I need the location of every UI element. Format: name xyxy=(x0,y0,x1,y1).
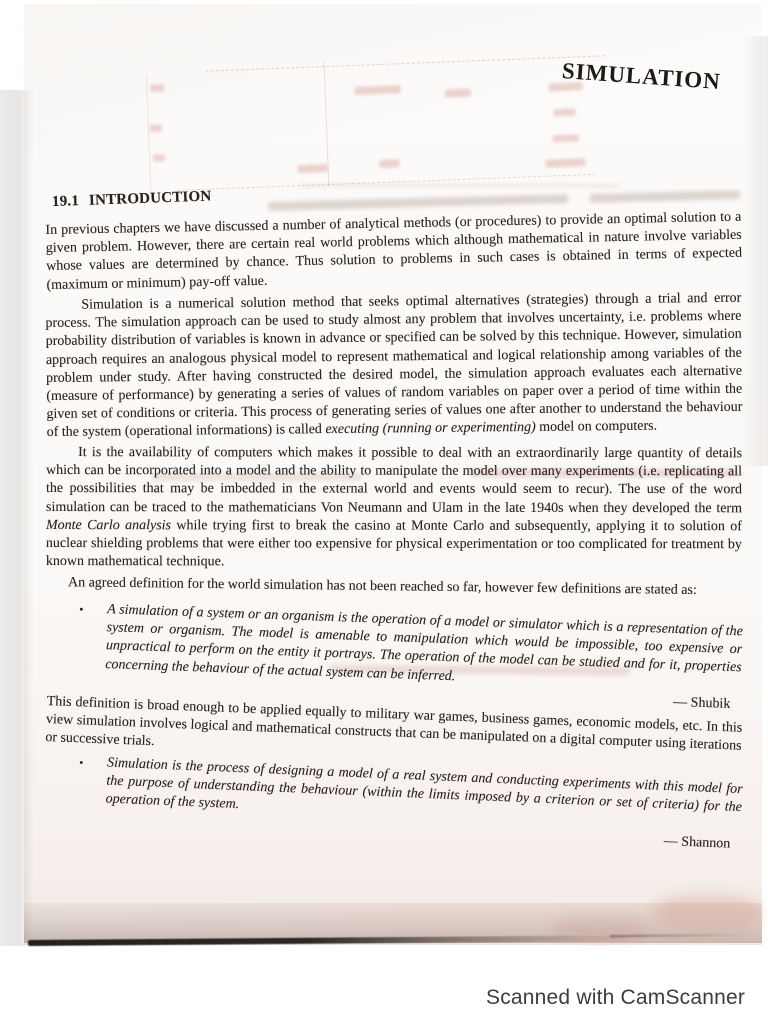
section-heading-label: INTRODUCTION xyxy=(89,188,212,208)
scan-artifact xyxy=(655,896,760,930)
italic-term-monte-carlo: Monte Carlo analysis xyxy=(46,518,171,533)
text-run: model on computers. xyxy=(536,419,657,435)
paragraph-computers-availability: It is the availability of computers whic… xyxy=(46,444,742,573)
paragraph-agreed-definition: An agreed definition for the world simul… xyxy=(46,574,742,601)
bullet-text-shubik: A simulation of a system or an organism … xyxy=(105,602,743,684)
section-number: 19.1 xyxy=(52,193,80,210)
body-text: In previous chapters we have discussed a… xyxy=(46,222,742,825)
text-run: It is the availability of computers whic… xyxy=(46,445,742,516)
bleed-smudge xyxy=(300,184,620,187)
camscanner-watermark: Scanned with CamScanner xyxy=(486,986,745,1010)
bullet-marker: • xyxy=(79,600,84,618)
scan-right-shadow xyxy=(742,36,768,466)
italic-term-executing: executing (running or experimenting) xyxy=(325,420,535,437)
paragraph-analytical-methods: In previous chapters we have discussed a… xyxy=(45,209,742,295)
text-run: Simulation is a numerical solution metho… xyxy=(45,291,742,441)
paragraph-simulation-method: Simulation is a numerical solution metho… xyxy=(45,290,742,443)
bullet-marker: • xyxy=(79,753,84,771)
scan-left-shadow xyxy=(0,90,34,946)
